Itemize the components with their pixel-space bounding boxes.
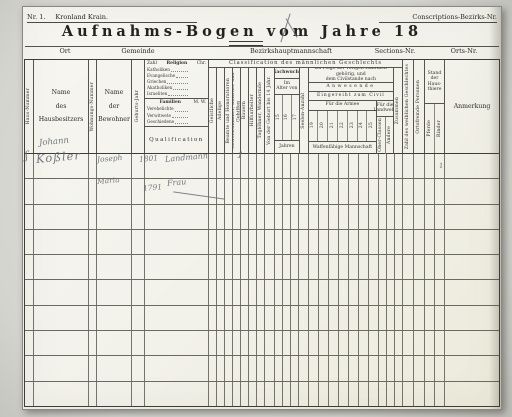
col-label: Hilfsarbeiter <box>250 94 255 126</box>
body-cell <box>275 306 283 330</box>
body-cell <box>265 356 275 380</box>
body-cell <box>283 255 291 279</box>
body-cell <box>249 205 257 229</box>
body-cell <box>435 356 445 380</box>
service-title: Zu Folge der vorigen Rubriken gehörig, u… <box>309 68 393 83</box>
body-cell <box>249 255 257 279</box>
body-cell <box>275 205 283 229</box>
body-cell <box>275 179 283 203</box>
col-qualification: Zahl Religion Chr. KatholikenEvangelisch… <box>145 60 209 153</box>
table-row <box>25 205 499 230</box>
col-label: Seelen-Anzahl <box>301 93 306 129</box>
body-cell <box>97 230 132 254</box>
col-label: Beamte und Honoratioren <box>226 78 231 144</box>
body-cell <box>257 230 265 254</box>
armee-age-cell: 21 <box>328 111 338 141</box>
body-cell <box>291 154 299 178</box>
body-cell <box>339 205 349 229</box>
body-cell <box>89 306 97 330</box>
body-cell <box>414 382 425 406</box>
body-cell <box>339 306 349 330</box>
field-sections-nr: Sections-Nr. <box>375 47 415 55</box>
religion-row: Israeliten <box>147 91 206 97</box>
body-cell <box>299 255 309 279</box>
body-cell <box>395 179 403 203</box>
body-cell <box>209 280 217 304</box>
nachwuchs-age-cell: 16 <box>283 95 291 140</box>
body-cell <box>265 205 275 229</box>
body-cell <box>299 382 309 406</box>
body-cell <box>414 255 425 279</box>
body-cell <box>132 306 145 330</box>
body-cell <box>265 382 275 406</box>
body-cell <box>329 331 339 355</box>
body-cell <box>414 356 425 380</box>
dotted-leader <box>176 77 188 78</box>
col-label: Adelige <box>218 101 223 120</box>
body-cell <box>414 306 425 330</box>
body-cell <box>387 306 395 330</box>
religion-box-title: Religion <box>167 61 188 66</box>
body-cell <box>403 280 414 304</box>
body-cell <box>249 306 257 330</box>
body-cell <box>387 356 395 380</box>
body-cell <box>387 382 395 406</box>
table-row <box>25 306 499 331</box>
body-cell <box>299 306 309 330</box>
hausthiere-group: Stand der Haus- thiere PferdeRinder <box>425 60 445 153</box>
col-label: Ober-Classen <box>378 118 383 152</box>
body-cell <box>132 280 145 304</box>
body-cell <box>97 280 132 304</box>
body-cell <box>395 255 403 279</box>
body-cell <box>225 255 233 279</box>
body-cell <box>217 331 225 355</box>
body-cell <box>435 382 445 406</box>
body-cell <box>425 280 435 304</box>
body-cell <box>275 356 283 380</box>
body-cell <box>145 230 209 254</box>
body-cell <box>435 179 445 203</box>
body-cell <box>249 331 257 355</box>
body-cell <box>217 205 225 229</box>
body-cell <box>339 382 349 406</box>
body-cell <box>329 230 339 254</box>
body-cell <box>309 255 319 279</box>
col-label: Haus-Nummer <box>26 88 31 124</box>
body-cell <box>291 382 299 406</box>
body-cell <box>379 382 387 406</box>
body-cell <box>379 280 387 304</box>
body-cell <box>359 230 369 254</box>
body-cell <box>209 205 217 229</box>
body-cell <box>257 331 265 355</box>
body-cell <box>395 154 403 178</box>
body-cell <box>217 356 225 380</box>
body-cell <box>349 154 359 178</box>
body-cell <box>349 179 359 203</box>
body-cell <box>209 255 217 279</box>
body-cell <box>319 230 329 254</box>
body-cell <box>209 154 217 178</box>
body-cell <box>395 382 403 406</box>
dotted-leader <box>172 117 188 118</box>
stand-col-m: M. <box>194 100 200 105</box>
body-cell <box>379 255 387 279</box>
body-cell <box>339 331 349 355</box>
body-cell <box>97 306 132 330</box>
dotted-leader <box>175 111 188 112</box>
hausthier-subcol: Pferde <box>425 104 435 153</box>
body-cell <box>369 179 379 203</box>
body-cell <box>339 230 349 254</box>
body-cell <box>34 331 89 355</box>
body-cell <box>25 230 34 254</box>
body-cell <box>225 331 233 355</box>
landwehr-subcol: Andere <box>386 117 394 154</box>
body-cell <box>265 154 275 178</box>
body-cell <box>265 179 275 203</box>
body-cell <box>379 306 387 330</box>
body-cell <box>387 230 395 254</box>
col-label: Geburts-Jahr <box>135 90 140 122</box>
stand-row: Geschiedene <box>147 119 206 125</box>
body-cell <box>387 255 395 279</box>
body-cell <box>233 382 241 406</box>
body-cell <box>241 230 249 254</box>
body-cell <box>265 306 275 330</box>
service-eingereiht: Eingereiht zum Civil <box>309 92 393 101</box>
body-cell <box>299 280 309 304</box>
col-occupation: Taglöhner, Wandernde <box>257 68 265 154</box>
scan-edge-shadow <box>489 7 501 409</box>
body-cell <box>369 205 379 229</box>
body-cell <box>349 356 359 380</box>
hausthiere-title: Stand der Haus- thiere <box>425 60 444 104</box>
body-cell <box>309 382 319 406</box>
body-cell <box>25 356 34 380</box>
body-cell <box>425 205 435 229</box>
body-cell <box>435 306 445 330</box>
body-cell <box>369 306 379 330</box>
body-cell <box>403 154 414 178</box>
col-label: Rinder <box>437 120 442 137</box>
body-cell <box>414 154 425 178</box>
body-cell <box>359 154 369 178</box>
armee-age-cell: 24 <box>358 111 368 141</box>
body-cell <box>257 205 265 229</box>
body-cell <box>233 356 241 380</box>
dotted-leader <box>171 71 188 72</box>
body-cell <box>359 255 369 279</box>
body-cell <box>299 179 309 203</box>
body-cell <box>241 255 249 279</box>
body-cell <box>349 306 359 330</box>
field-gemeinde: Gemeinde <box>121 47 154 55</box>
body-cell <box>217 154 225 178</box>
table-body <box>25 154 499 406</box>
age-label: 25 <box>369 122 374 128</box>
age-label: 16 <box>284 114 289 120</box>
body-cell <box>425 255 435 279</box>
body-cell <box>145 280 209 304</box>
body-cell <box>425 306 435 330</box>
body-cell <box>379 331 387 355</box>
body-cell <box>283 154 291 178</box>
body-cell <box>403 331 414 355</box>
body-cell <box>359 179 369 203</box>
body-cell <box>414 205 425 229</box>
landwehr-subcol: Ober-Classen <box>377 117 386 154</box>
landwehr-group: Für die Landwehr Ober-ClassenAndere <box>377 101 393 154</box>
handwriting-tick-2: 1 <box>439 162 444 170</box>
body-cell <box>329 255 339 279</box>
body-cell <box>97 205 132 229</box>
body-cell <box>34 230 89 254</box>
armee-age-cell: 23 <box>348 111 358 141</box>
top-strip: Nr. 1. Kronland Krain. Conscriptions-Bez… <box>27 10 497 23</box>
body-cell <box>132 356 145 380</box>
body-cell <box>34 205 89 229</box>
body-cell <box>225 154 233 178</box>
body-cell <box>379 230 387 254</box>
body-cell <box>403 255 414 279</box>
col-occupation: Beamte und Honoratioren <box>225 68 233 154</box>
classification-title: Classification des männlichen Geschlecht… <box>209 60 402 68</box>
body-cell <box>257 306 265 330</box>
body-cell <box>349 255 359 279</box>
body-cell <box>387 205 395 229</box>
body-cell <box>299 154 309 178</box>
age-label: 23 <box>350 122 355 128</box>
body-cell <box>369 331 379 355</box>
body-cell <box>414 331 425 355</box>
body-cell <box>387 154 395 178</box>
service-group: Zu Folge der vorigen Rubriken gehörig, u… <box>309 68 394 154</box>
body-cell <box>414 179 425 203</box>
body-cell <box>145 356 209 380</box>
body-cell <box>379 179 387 203</box>
body-cell <box>233 205 241 229</box>
stand-name: Geschiedene <box>147 119 174 125</box>
body-cell <box>359 205 369 229</box>
table-row <box>25 382 499 406</box>
page-title: Aufnahms-Bogen vom Jahre 18 <box>23 23 461 40</box>
census-sheet: Nr. 1. Kronland Krain. Conscriptions-Bez… <box>22 6 502 410</box>
sheet-number-group: Nr. 1. Kronland Krain. <box>27 13 197 23</box>
body-cell <box>349 382 359 406</box>
body-cell <box>319 331 329 355</box>
body-cell <box>349 230 359 254</box>
body-cell <box>89 154 97 178</box>
age-label: 20 <box>320 122 325 128</box>
body-cell <box>217 255 225 279</box>
body-cell <box>275 230 283 254</box>
body-cell <box>349 331 359 355</box>
body-cell <box>34 306 89 330</box>
body-cell <box>369 382 379 406</box>
body-cell <box>145 306 209 330</box>
col-wohnungs-nummer: Wohnungs-Nummer <box>89 60 97 153</box>
body-cell <box>265 230 275 254</box>
body-cell <box>209 382 217 406</box>
age-label: 17 <box>293 114 298 120</box>
body-cell <box>369 230 379 254</box>
sheet-number: Nr. 1. <box>27 13 45 21</box>
body-cell <box>217 179 225 203</box>
body-cell <box>309 154 319 178</box>
body-cell <box>275 331 283 355</box>
body-cell <box>403 179 414 203</box>
hausthiere-columns: PferdeRinder <box>425 104 444 153</box>
body-cell <box>209 230 217 254</box>
body-cell <box>291 356 299 380</box>
body-cell <box>329 306 339 330</box>
nachwuchs-unit: Jahren <box>275 141 299 154</box>
service-anwesende: Anwesende <box>309 83 393 92</box>
field-bezirkshauptmannschaft: Bezirkshauptmannschaft <box>250 47 332 55</box>
body-cell <box>349 280 359 304</box>
handwriting-year-1: 1801 <box>139 153 159 164</box>
body-cell <box>249 154 257 178</box>
body-cell <box>291 280 299 304</box>
body-cell <box>319 306 329 330</box>
body-cell <box>233 331 241 355</box>
body-cell <box>89 205 97 229</box>
body-cell <box>34 382 89 406</box>
body-cell <box>283 230 291 254</box>
body-cell <box>275 154 283 178</box>
body-cell <box>241 179 249 203</box>
col-label: Zusammen <box>395 97 400 124</box>
col-occupation: Hilfsarbeiter <box>249 68 257 154</box>
body-cell <box>283 179 291 203</box>
conscription-district-label: Conscriptions-Bezirks-Nr. <box>379 13 497 23</box>
col-label: Gewerbsinhaber, Künstler und Gehilfen <box>233 68 241 154</box>
body-cell <box>359 382 369 406</box>
body-cell <box>369 154 379 178</box>
table-row <box>25 230 499 255</box>
body-cell <box>387 280 395 304</box>
table-row <box>25 179 499 204</box>
col-label: Name der Bewohner <box>98 86 130 127</box>
body-cell <box>299 356 309 380</box>
body-cell <box>225 306 233 330</box>
age-label: 22 <box>340 122 345 128</box>
col-seelen-anzahl: Seelen-Anzahl <box>299 68 309 154</box>
religion-box-header: Zahl Religion Chr. <box>147 61 206 66</box>
body-cell <box>291 230 299 254</box>
body-cell <box>403 205 414 229</box>
body-cell <box>291 306 299 330</box>
table-row <box>25 356 499 381</box>
body-cell <box>257 382 265 406</box>
body-cell <box>209 356 217 380</box>
armee-age-cell: 22 <box>338 111 348 141</box>
body-cell <box>425 331 435 355</box>
body-cell <box>395 306 403 330</box>
col-label: Pferde <box>427 120 432 137</box>
body-cell <box>97 255 132 279</box>
armee-age-cell: 25 <box>367 111 376 141</box>
body-cell <box>299 205 309 229</box>
body-cell <box>132 382 145 406</box>
body-cell <box>265 280 275 304</box>
body-cell <box>283 280 291 304</box>
landwehr-title: Für die Landwehr <box>377 101 393 117</box>
body-cell <box>145 331 209 355</box>
age-label: 21 <box>330 122 335 128</box>
body-cell <box>283 306 291 330</box>
body-cell <box>369 280 379 304</box>
body-cell <box>257 154 265 178</box>
body-cell <box>257 255 265 279</box>
body-cell <box>435 255 445 279</box>
body-cell <box>132 230 145 254</box>
body-cell <box>283 356 291 380</box>
body-cell <box>132 205 145 229</box>
body-cell <box>425 154 435 178</box>
body-cell <box>299 331 309 355</box>
body-cell <box>379 154 387 178</box>
body-cell <box>359 356 369 380</box>
body-cell <box>34 356 89 380</box>
table-row <box>25 255 499 280</box>
body-cell <box>275 280 283 304</box>
body-cell <box>329 280 339 304</box>
col-label: Taglöhner, Wandernde <box>258 82 263 138</box>
field-orts-nr: Orts-Nr. <box>451 47 478 55</box>
census-table: Haus-Nummer Name des Hausbesitzers Wohnu… <box>24 59 500 407</box>
handwriting-year-2: 1791 <box>143 182 163 193</box>
armee-age-columns: 19202122232425 <box>309 111 376 142</box>
body-cell <box>241 280 249 304</box>
body-cell <box>319 280 329 304</box>
body-cell <box>25 205 34 229</box>
nachwuchs-age-cell: 15 <box>275 95 283 140</box>
body-cell <box>249 356 257 380</box>
body-cell <box>395 230 403 254</box>
body-cell <box>339 356 349 380</box>
body-cell <box>291 255 299 279</box>
col-geburts-jahr: Geburts-Jahr <box>132 60 145 153</box>
col-weibliches-geschlecht: Zahl des weiblichen Geschlechtes <box>403 60 414 153</box>
table-row <box>25 280 499 305</box>
body-cell <box>25 382 34 406</box>
col-ortsfremde: Ortsfremde Personen <box>414 60 425 153</box>
col-label: Anmerkung <box>454 103 491 110</box>
body-cell <box>339 255 349 279</box>
body-cell <box>319 154 329 178</box>
col-occupation: Adelige <box>217 68 225 154</box>
hausthier-subcol: Rinder <box>435 104 444 153</box>
armee-title: Für die Armee <box>309 101 376 111</box>
body-cell <box>291 331 299 355</box>
body-cell <box>233 306 241 330</box>
body-cell <box>395 356 403 380</box>
body-cell <box>425 382 435 406</box>
armee-age-cell: 19 <box>309 111 319 141</box>
body-cell <box>34 255 89 279</box>
handwriting-status-2: Frau <box>167 177 187 188</box>
body-cell <box>89 230 97 254</box>
body-cell <box>435 280 445 304</box>
nachwuchs-title: Nachwuchs <box>275 68 299 79</box>
body-cell <box>339 280 349 304</box>
body-cell <box>403 230 414 254</box>
body-cell <box>25 179 34 203</box>
service-columns: Für die Armee 19202122232425 Waffenfähig… <box>309 101 393 154</box>
